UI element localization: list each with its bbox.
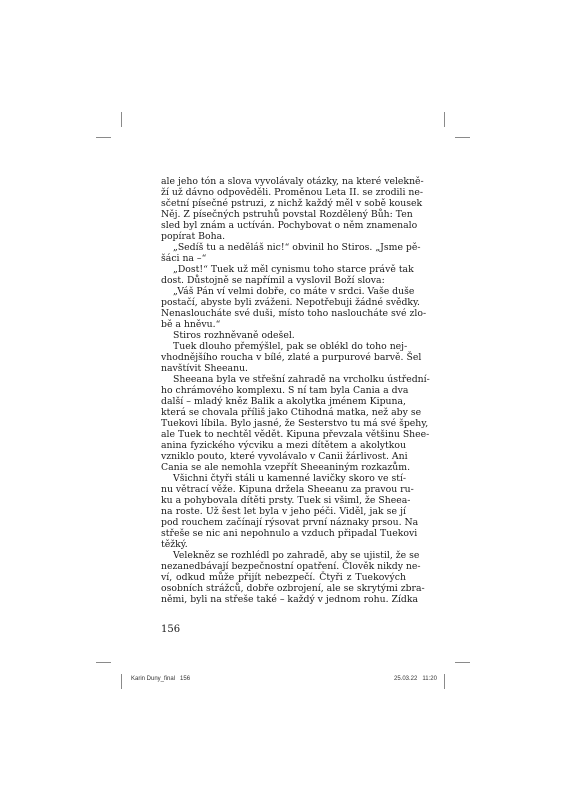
- crop-mark-top-right-vertical: [444, 112, 445, 127]
- text-line: sled byl znám a uctíván. Pochybovat o ně…: [161, 220, 406, 231]
- book-page: ale jeho tón a slova vyvolávaly otázky, …: [0, 0, 566, 800]
- slug-right: 25.03.22 11:20: [394, 676, 437, 682]
- text-line: Velekněz se rozhlédl po zahradě, aby se …: [161, 550, 406, 561]
- text-line: sčetní písečné pstruzi, z nichž každý mě…: [161, 198, 406, 209]
- page-number: 156: [161, 624, 180, 635]
- text-line: vzniklo pouto, které vyvolávalo v Canii …: [161, 451, 406, 462]
- crop-mark-top-right-horizontal: [455, 137, 470, 138]
- crop-mark-bottom-right-horizontal: [455, 662, 470, 663]
- crop-mark-bottom-right-vertical: [444, 674, 445, 689]
- text-line: osobních strážců, dobře ozbrojení, ale s…: [161, 583, 406, 594]
- text-line: pod rouchem začínají rýsovat první názna…: [161, 517, 406, 528]
- text-line: ho chrámového komplexu. S ní tam byla Ca…: [161, 385, 406, 396]
- text-line: Nenasloucháte své duši, místo toho naslo…: [161, 308, 406, 319]
- slug-left: Karin Duny_final 156: [131, 676, 190, 682]
- text-line: vhodnějšího roucha v bílé, zlaté a purpu…: [161, 352, 406, 363]
- text-line: ale jeho tón a slova vyvolávaly otázky, …: [161, 176, 406, 187]
- text-line: navštívit Sheeanu.: [161, 363, 406, 374]
- text-line: nu větrací věže. Kipuna držela Sheeanu z…: [161, 484, 406, 495]
- text-line: „Váš Pán ví velmi dobře, co máte v srdci…: [161, 286, 406, 297]
- text-line: nezanedbávají bezpečnostní opatření. Člo…: [161, 561, 406, 572]
- text-line: Cania se ale nemohla vzepřít Sheeaniným …: [161, 462, 406, 473]
- crop-mark-bottom-left-horizontal: [96, 662, 111, 663]
- crop-mark-top-left-horizontal: [96, 137, 111, 138]
- text-line: Stiros rozhněvaně odešel.: [161, 330, 406, 341]
- text-line: ku a pohybovala dítěti prsty. Tuek si vš…: [161, 495, 406, 506]
- body-text: ale jeho tón a slova vyvolávaly otázky, …: [161, 176, 406, 605]
- text-line: ží už dávno odpověděli. Proměnou Leta II…: [161, 187, 406, 198]
- text-line: „Dost!“ Tuek už měl cynismu toho starce …: [161, 264, 406, 275]
- text-line: Všichni čtyři stáli u kamenné lavičky sk…: [161, 473, 406, 484]
- text-line: bě a hněvu.“: [161, 319, 406, 330]
- text-line: ale Tuek to nechtěl vědět. Kipuna převza…: [161, 429, 406, 440]
- text-line: anina fyzického výcviku a mezi dítětem a…: [161, 440, 406, 451]
- text-line: Něj. Z písečných pstruhů povstal Rozděle…: [161, 209, 406, 220]
- text-line: Tuek dlouho přemýšlel, pak se oblékl do …: [161, 341, 406, 352]
- text-line: na roste. Už šest let byla v jeho péči. …: [161, 506, 406, 517]
- crop-mark-bottom-left-vertical: [121, 674, 122, 689]
- text-line: další – mladý kněz Balik a akolytka jmén…: [161, 396, 406, 407]
- text-line: dost. Důstojně se napřímil a vyslovil Bo…: [161, 275, 406, 286]
- text-line: která se chovala příliš jako Ctihodná ma…: [161, 407, 406, 418]
- text-line: popírat Boha.: [161, 231, 406, 242]
- text-line: ví, odkud může přijít nebezpečí. Čtyři z…: [161, 572, 406, 583]
- text-line: Tuekovi líbila. Bylo jasné, že Sesterstv…: [161, 418, 406, 429]
- text-line: Sheeana byla ve střešní zahradě na vrcho…: [161, 374, 406, 385]
- crop-mark-top-left-vertical: [121, 112, 122, 127]
- text-line: postačí, abyste byli zváženi. Nepotřebuj…: [161, 297, 406, 308]
- text-line: němi, byli na střeše také – každý v jedn…: [161, 594, 406, 605]
- text-line: střeše se nic ani nepohnulo a vzduch při…: [161, 528, 406, 539]
- text-line: „Sedíš tu a neděláš nic!“ obvinil ho Sti…: [161, 242, 406, 253]
- text-line: šáci na –“: [161, 253, 406, 264]
- text-line: těžký.: [161, 539, 406, 550]
